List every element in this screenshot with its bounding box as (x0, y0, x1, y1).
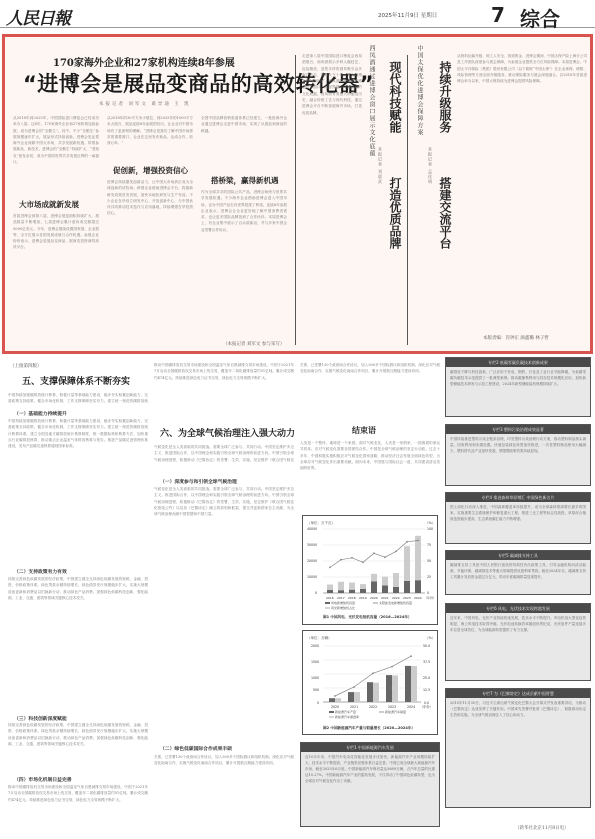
chart-nev-production-sales: （单位：万辆） （%） 2000150010005000 50.037.525.… (302, 630, 438, 735)
sidebar-title: 专栏4 推进森林草原增汇 中国绿色新名片 (446, 493, 590, 502)
svg-text:2017: 2017 (337, 596, 345, 600)
svg-text:50: 50 (427, 559, 431, 563)
top-feature-box: 170家海外企业和27家机构连续8年参展 “进博会是展品变商品的高效转化器” 本… (2, 34, 593, 354)
svg-text:2021: 2021 (350, 705, 358, 709)
svg-text:图2 中国新能源汽车产量与销量增长（2020—2024年）: 图2 中国新能源汽车产量与销量增长（2020—2024年） (323, 725, 415, 730)
feature-subhead: 170家海外企业和27家机构连续8年参展 (53, 54, 235, 69)
svg-text:2024: 2024 (414, 596, 422, 600)
svg-text:新能源汽车渗透率: 新能源汽车渗透率 (335, 714, 359, 719)
chart-wind-solar-capacity: （单位：万千瓦） （%） 400003000020000100000 10075… (302, 515, 438, 625)
section-name: 综合 (520, 3, 560, 32)
svg-text:2016: 2016 (326, 596, 334, 600)
page-editors-credit: 本版责编：肖钟正 颜鑫璐 林子哲 (483, 335, 549, 341)
svg-text:风电新增装机容量: 风电新增装机容量 (331, 600, 355, 605)
svg-text:2020: 2020 (331, 705, 339, 709)
svg-text:新能源汽车销量: 新能源汽车销量 (385, 709, 406, 714)
svg-text:20000: 20000 (307, 559, 317, 563)
vertical-title-cpic-1: 持续升级服务 (437, 61, 454, 141)
svg-text:0: 0 (427, 591, 429, 595)
masthead: 人民日報 2025年11月9日 星期日 7 综合 (0, 0, 595, 28)
article-credit: （本报记者 刘军文 参与采写） (223, 341, 284, 347)
sidebar-title: 专栏5 碳减排支持工具 (446, 551, 590, 560)
article-column-1: 从2018年到2025年，中国国际进口博览会已经成功举办八届。这8年，170家海… (13, 115, 99, 195)
subsection-heading: （一）基础能力持续提升 (14, 410, 67, 417)
svg-text:（年份）: （年份） (424, 595, 436, 600)
svg-text:2018: 2018 (348, 596, 356, 600)
lower-column-a4: 推动中国碳排放权交易市场建设和全国温室气体自愿减排交易市场建设，中国于2021年… (8, 784, 148, 834)
svg-text:（%）: （%） (425, 520, 435, 525)
wire-credit: （新华社北京11月8日电） (515, 825, 569, 831)
lower-column-b2: 气候变化是全人类面临的共同挑战。需要全球广泛参与、共同行动。中国坚定维护多边主义… (154, 486, 294, 736)
svg-text:2000: 2000 (311, 644, 319, 648)
issue-date: 2025年11月9日 星期日 (378, 11, 437, 19)
sidebar-title: 专栏1 中国新能源汽车发展 (301, 743, 439, 752)
newspaper-logo: 人民日報 (6, 4, 70, 29)
sidebar-text: 2015年11月30日，习近平主席出席气候变化巴黎大会开幕式并发表重要讲话，为推… (446, 698, 590, 808)
conclusion-text: 人类是一个整体，地球是一个家园。面对气候变化，人类是一荣俱荣、一损俱损的命运共同… (300, 440, 440, 512)
svg-text:75: 75 (427, 543, 431, 547)
svg-text:2024: 2024 (407, 705, 415, 709)
svg-text:图1 中国风电、光伏发电装机容量（2016—2024年）: 图1 中国风电、光伏发电装机容量（2016—2024年） (323, 614, 411, 619)
section-heading-bridge: 搭桥梁，赢得新机遇 (211, 175, 279, 186)
sidebar-title: 专栏6 风电、光伏技术实现跨越发展 (446, 604, 590, 613)
sidebar-box-4: 专栏4 推进森林草原增汇 中国绿色新名片 国土绿化行动深入推进，中国森林覆盖率持… (445, 492, 591, 544)
article-column-3b: 作为全球共享的国际公共产品，进博会始终与世界共享发展机遇。不少海外企业借助进博会… (201, 189, 287, 339)
sidebar-box-7: 专栏7 为《巴黎协定》达成贡献中国智慧 2015年11月30日，习近平主席出席气… (445, 688, 591, 808)
vertical-title-cpic-2: 搭建交流平台 (437, 177, 454, 267)
sidebar-text: 碳排放下降与科技创新，广泛应用于发电、钢铁、石化及工业行业节能降碳，为低碳零碳负… (446, 367, 590, 417)
svg-text:2022: 2022 (369, 705, 377, 709)
vertical-title-xifeng-1: 现代科技赋能 (387, 61, 404, 141)
svg-text:50.0: 50.0 (423, 644, 430, 648)
svg-text:新能源汽车产量: 新能源汽车产量 (335, 709, 356, 714)
article-column-3: 全国中国品牌营销渠道体系已经建立，一批批海外企业通过进博会走进中国市场，实现了从… (201, 115, 287, 159)
svg-text:2022: 2022 (392, 596, 400, 600)
sidebar-text: 碳减排支持工具是中国人民银行创设的结构性货币政策工具，引导金融机构向清洁能源、节… (446, 560, 590, 595)
vertical-title-xifeng-2: 打造优质品牌 (387, 177, 404, 267)
subsection-heading: （四）市场化机制日益完善 (14, 776, 72, 783)
svg-text:0: 0 (317, 701, 319, 705)
section-heading-market: 大市场成就新发展 (19, 199, 79, 210)
svg-text:12.5: 12.5 (423, 688, 430, 692)
sidebar-box-1: 专栏1 中国新能源汽车发展 近10多年来，中国汽车电动化智能化发展步伐加快，新能… (300, 742, 440, 827)
vertical-subtitle-cpic: 中国太保优化进博会保障方案 (415, 45, 424, 175)
subsection-heading: （二）支持政策有力有效 (14, 568, 67, 575)
sidebar-title: 专栏3 塑料污染治理成效显著 (446, 425, 590, 434)
sidebar-box-6: 专栏6 风电、光伏技术实现跨越发展 近年来，中国风电、光伏产业持续快速发展，技术… (445, 603, 591, 681)
svg-text:2021: 2021 (381, 596, 389, 600)
subsection-heading: （一）深度参与和引领全球气候治理 (160, 478, 237, 485)
svg-text:0: 0 (315, 591, 317, 595)
svg-text:30000: 30000 (307, 543, 317, 547)
lower-intro-text: 中国持续加强碳排放统计核算，积极计量等基础能力建设，稳步夯实积累创新能力，完善政… (8, 392, 148, 406)
svg-text:2020: 2020 (370, 596, 378, 600)
article-column-2: 从2018年的30平方米小展位，到2025年的1000平方米大展台，展品连续8年… (107, 115, 193, 159)
sidebar-box-5: 专栏5 碳减排支持工具 碳减排支持工具是中国人民银行创设的结构性货币政策工具，引… (445, 550, 591, 595)
svg-text:25: 25 (427, 575, 431, 579)
chart-2-svg: （单位：万辆） （%） 2000150010005000 50.037.525.… (303, 631, 437, 734)
sidebar-text: 中国持续推进塑料污染全链条治理，印发塑料污染治理行动方案，推动塑料制品源头减量、… (446, 434, 590, 486)
svg-text:（年份）: （年份） (420, 704, 433, 709)
sidebar-box-3: 专栏3 塑料污染治理成效显著 中国持续推进塑料污染全链条治理，印发塑料污染治理行… (445, 424, 591, 486)
svg-text:（单位：万千瓦）: （单位：万千瓦） (307, 520, 335, 525)
sidebar-text: 近10多年来，中国汽车电动化智能化发展步伐加快，新能源汽车产业规模持续扩大，技术… (301, 752, 439, 786)
svg-text:风光新增装机占比: 风光新增装机占比 (331, 605, 355, 610)
article-xifeng-text: 走进第八届中国国际进口博览会西凤酒展台，西凤酒展示多种人酿技艺、包装精美、造型多… (302, 53, 362, 347)
svg-text:500: 500 (313, 688, 319, 692)
svg-text:25.0: 25.0 (423, 676, 430, 680)
svg-text:太阳能发电新增装机容量: 太阳能发电新增装机容量 (379, 600, 412, 605)
feature-byline: 本报记者 刘军文 葛异迪 王 凯 (99, 101, 191, 107)
sidebar-text: 近年来，中国风电、光伏产业持续快速发展，技术水平不断提升。风电机组大型化趋势明显… (446, 613, 590, 681)
section-heading-five: 五、支撑保障体系不断夯实 (22, 374, 130, 387)
svg-text:37.5: 37.5 (423, 660, 430, 664)
svg-text:100: 100 (427, 527, 433, 531)
column-divider (295, 55, 296, 345)
section-heading-six: 六、为全球气候治理注入强大动力 (160, 426, 295, 439)
lower-column-c: 关系，已签署130个政府间合作协议，加入300多个国际倡议和组织机制。深化应对气… (300, 362, 440, 418)
subsection-heading: （二）绿色低碳国际合作成果丰硕 (160, 745, 232, 752)
svg-text:1500: 1500 (311, 660, 319, 664)
lower-column-b: 推动中国碳排放权交易市场建设和全国温室气体自愿减排交易市场建设，中国于2021年… (154, 362, 294, 418)
page-number: 7 (491, 3, 505, 27)
vertical-byline-xifeng: 本报记者 刘晨武 (377, 147, 383, 197)
lower-column-a3: 持续完善绿色低碳发展的经济政策，中国建立健全支持绿色低碳发展的财税、金融、投资、… (8, 722, 148, 772)
lower-column-b3: 关系，已签署130个政府间合作协议，加入300多个国际倡议和组织机制。深化应对气… (154, 754, 294, 834)
chart-1-svg: （单位：万千瓦） （%） 400003000020000100000 10075… (303, 516, 437, 624)
sidebar-box-2: 专栏2 低碳零碳负碳技术创新成果 碳排放下降与科技创新，广泛应用于发电、钢铁、石… (445, 357, 591, 417)
continued-from-label: （上接第四版） (10, 363, 42, 369)
svg-text:10000: 10000 (307, 575, 317, 579)
svg-text:2023: 2023 (403, 596, 411, 600)
section-heading-innovation: 促创新，增强投资信心 (113, 165, 188, 176)
lower-column-a: 中国持续加强碳排放统计核算，积极计量等基础能力建设，稳步夯实积累创新能力，完善政… (8, 418, 148, 556)
lower-column-a2: 持续完善绿色低碳发展的经济政策，中国建立健全支持绿色低碳发展的财税、金融、投资、… (8, 576, 148, 714)
svg-text:40000: 40000 (307, 527, 317, 531)
svg-text:2023: 2023 (388, 705, 396, 709)
svg-text:1000: 1000 (311, 676, 319, 680)
sidebar-text: 国土绿化行动深入推进，中国森林覆盖率持续提升，成为全球森林资源增长最多的国家。实… (446, 502, 590, 544)
article-cpic-text: 从物料运输升级、到工人安全，再到资金、进博会期间，中国太保产险上海分公司及工作团… (457, 53, 587, 323)
sidebar-title: 专栏7 为《巴黎协定》达成贡献中国智慧 (446, 689, 590, 698)
sidebar-title: 专栏2 低碳零碳负碳技术创新成果 (446, 358, 590, 367)
vertical-subtitle-xifeng: 西凤酒通过进博会窗口展示文化底蕴 (367, 45, 376, 175)
subsection-heading: （三）科技创新深度赋能 (14, 715, 67, 722)
section-heading-conclusion: 结束语 (352, 425, 376, 436)
lower-column-b-intro: 气候变化是全人类面临的共同挑战。需要全球广泛参与、共同行动。中国坚定维护多边主义… (154, 444, 294, 462)
column-divider (407, 55, 408, 345)
article-column-2b: 进博会持续激发创新活力，让中国大市场真正成为全球创新的试验场。跨国企业借助进博会… (107, 179, 193, 347)
svg-text:2019: 2019 (359, 596, 367, 600)
vertical-byline-cpic: 本报记者 孟佳明 (427, 147, 433, 197)
article-column-1b: 首届进博会到第八届，进博会展览面积持续扩大，展品数量不断增加，七届进博会累计意向… (13, 213, 99, 347)
svg-text:（单位：万辆）: （单位：万辆） (307, 635, 332, 640)
svg-text:（%）: （%） (425, 635, 435, 640)
